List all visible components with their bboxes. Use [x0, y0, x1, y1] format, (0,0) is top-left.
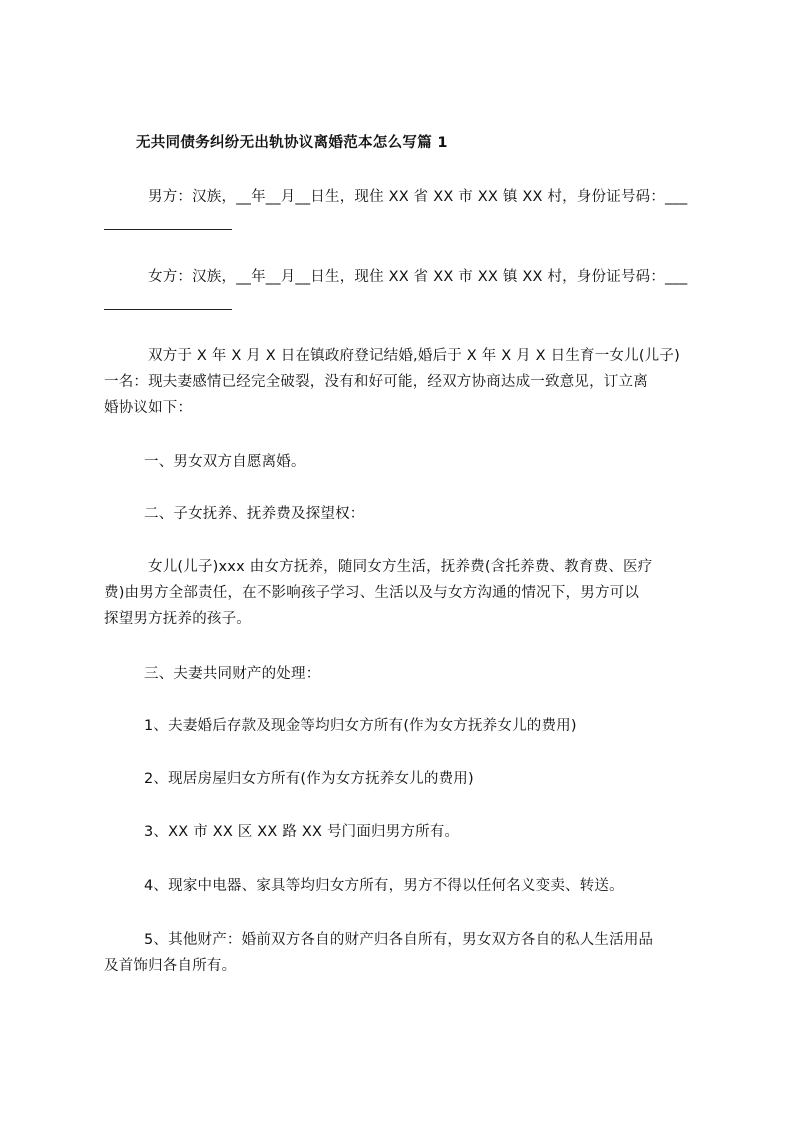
property-item-1: 1、夫妻婚后存款及现金等均归女方所有(作为女方抚养女儿的费用)	[144, 716, 577, 736]
section-2-heading: 二、子女抚养、抚养费及探望权：	[144, 504, 365, 524]
property-item-2: 2、现居房屋归女方所有(作为女方抚养女儿的费用)	[144, 769, 474, 789]
custody-line-1: 女儿(儿子)xxx 由女方抚养，随同女方生活，抚养费(含托养费、教育费、医疗	[148, 557, 652, 577]
female-id-blank-line	[104, 309, 232, 310]
property-item-5-line-2: 及首饰归各自所有。	[104, 956, 236, 976]
custody-line-2: 费)由男方全部责任，在不影响孩子学习、生活以及与女方沟通的情况下，男方可以	[104, 583, 639, 603]
document-page: 无共同债务纠纷无出轨协议离婚范本怎么写篇 1 男方：汉族，__年__月__日生，…	[0, 0, 793, 1122]
property-item-4: 4、现家中电器、家具等均归女方所有，男方不得以任何名义变卖、转送。	[144, 876, 624, 896]
section-1-heading: 一、男女双方自愿离婚。	[144, 452, 306, 472]
property-item-3: 3、XX 市 XX 区 XX 路 XX 号门面归男方所有。	[144, 822, 459, 842]
property-item-5-line-1: 5、其他财产：婚前双方各自的财产归各自所有，男女双方各自的私人生活用品	[144, 930, 653, 950]
intro-line-3: 婚协议如下：	[104, 398, 192, 418]
section-3-heading: 三、夫妻共同财产的处理：	[144, 664, 320, 684]
female-party-line-1: 女方：汉族，__年__月__日生，现住 XX 省 XX 市 XX 镇 XX 村，…	[148, 267, 687, 287]
intro-line-2: 一名：现夫妻感情已经完全破裂，没有和好可能，经双方协商达成一致意见，订立离	[104, 372, 648, 392]
male-party-line-1: 男方：汉族，__年__月__日生，现住 XX 省 XX 市 XX 镇 XX 村，…	[148, 187, 687, 207]
male-id-blank-line	[104, 229, 232, 230]
intro-line-1: 双方于 X 年 X 月 X 日在镇政府登记结婚,婚后于 X 年 X 月 X 日生…	[148, 346, 680, 366]
document-title: 无共同债务纠纷无出轨协议离婚范本怎么写篇 1	[136, 133, 448, 153]
custody-line-3: 探望男方抚养的孩子。	[104, 609, 251, 629]
